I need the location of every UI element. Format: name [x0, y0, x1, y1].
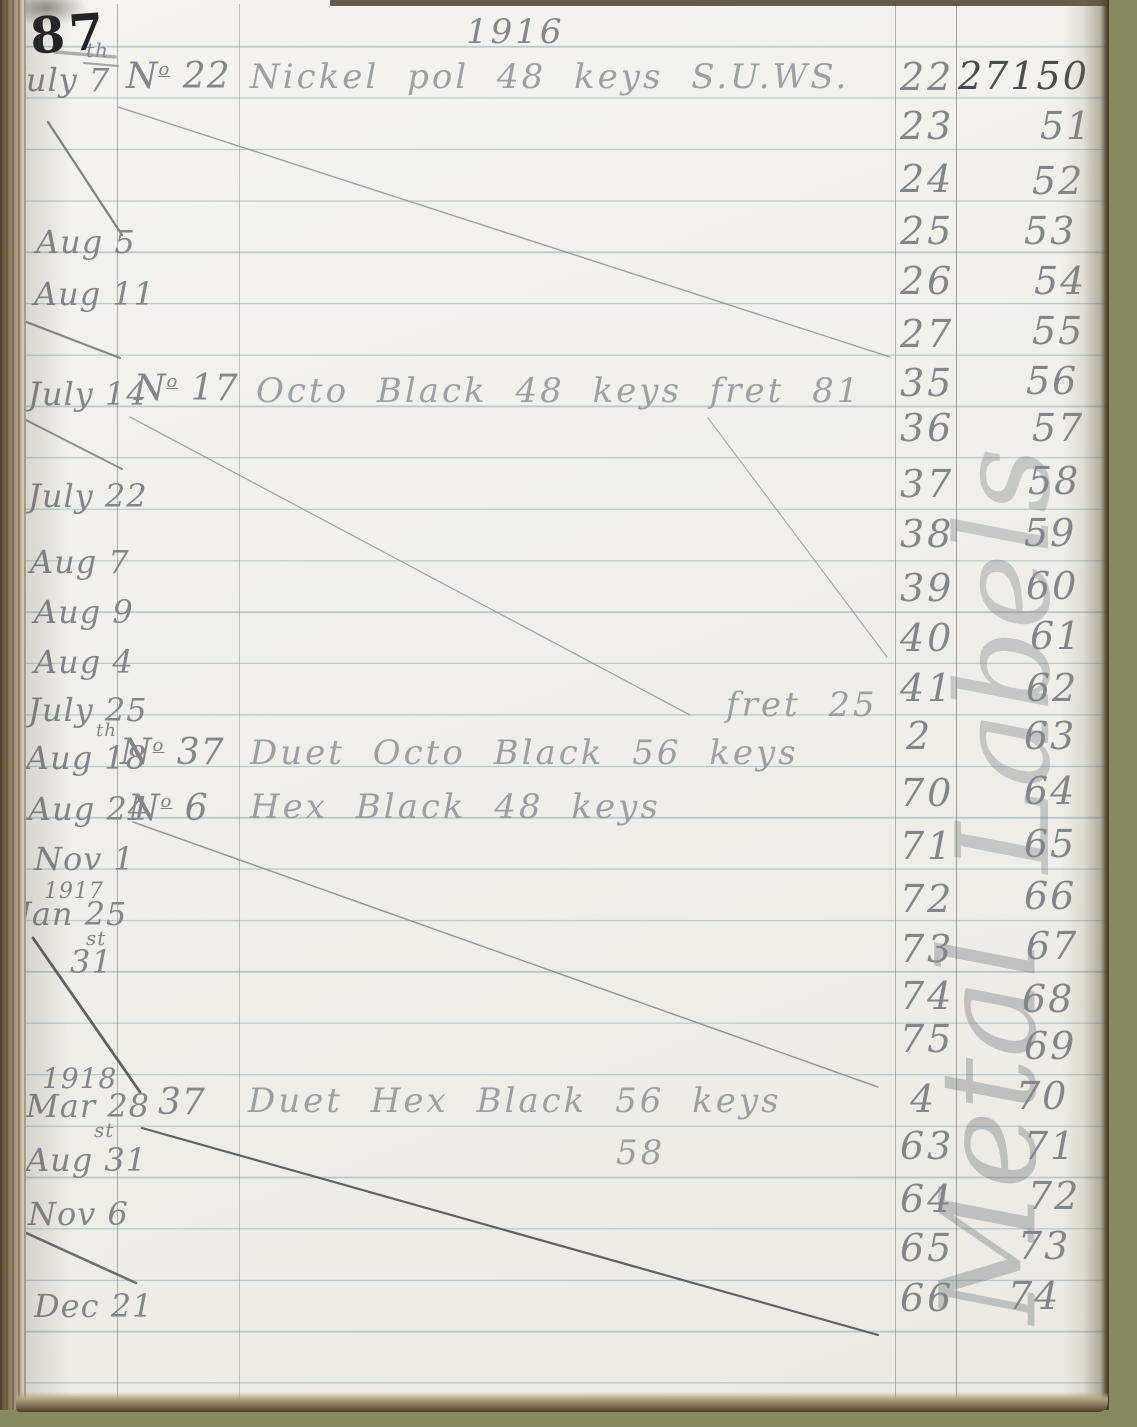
ledger-page: Labels Metal 87 1916 July 7thAug 5Aug 11…: [0, 0, 1109, 1410]
ledger-photo: { "colors": { "paper": "#f1efe9", "rule_…: [0, 0, 1137, 1427]
serial-number: 38: [900, 515, 954, 555]
date-entry-text: th: [96, 720, 117, 741]
serial-number-text: 75: [900, 1017, 954, 1061]
serial-number: 65: [900, 1229, 954, 1269]
model-number: No 22: [126, 58, 231, 96]
serial-number-text: 66: [900, 1276, 954, 1320]
ledger-value-text: 74: [1008, 1274, 1060, 1318]
description-text: Duet Octo Black 56 keys: [250, 733, 799, 773]
serial-number: 24: [900, 160, 954, 200]
description-text: Duet Hex Black 56 keys: [248, 1081, 782, 1121]
page-bottom-edge: [16, 1392, 1108, 1412]
serial-number-text: 2: [906, 714, 933, 758]
date-entry: 31: [70, 946, 113, 980]
serial-number-text: 4: [910, 1077, 937, 1121]
description: fret 25: [726, 688, 878, 724]
ledger-value-text: 70: [1016, 1074, 1068, 1118]
serial-number: 40: [900, 619, 954, 659]
serial-number: 35: [900, 364, 954, 404]
description-text: 58: [616, 1133, 665, 1173]
serial-number: 27: [900, 315, 954, 355]
model-number-text: N: [126, 56, 159, 97]
serial-number: 23: [900, 107, 954, 147]
serial-number: 39: [900, 569, 954, 609]
serial-number-text: 70: [900, 771, 954, 815]
serial-number: 73: [900, 930, 954, 970]
serial-number-text: 72: [900, 877, 954, 921]
serial-number-text: 27: [900, 312, 954, 356]
serial-number: 74: [900, 977, 954, 1017]
superscript: o: [153, 735, 165, 756]
serial-number-text: 74: [900, 974, 954, 1018]
serial-number-text: 63: [900, 1124, 954, 1168]
description-text: fret 25: [726, 685, 878, 725]
serial-number: 25: [900, 212, 954, 252]
serial-number-text: 38: [900, 512, 954, 556]
serial-number-text: 35: [900, 361, 954, 405]
serial-number-text: 36: [900, 406, 954, 450]
description: Octo Black 48 keys fret 81: [256, 374, 861, 410]
serial-number-text: 40: [900, 616, 954, 660]
model-number: No 17: [134, 370, 239, 408]
serial-number-text: 24: [900, 157, 954, 201]
date-entry-text: st: [94, 1118, 114, 1142]
superscript: o: [161, 791, 173, 812]
book-top-edge: [330, 0, 1109, 6]
serial-number-text: 23: [900, 104, 954, 148]
model-number-text: 17: [178, 368, 238, 409]
ledger-value: 74: [1008, 1277, 1060, 1317]
description-text: Nickel pol 48 keys S.U.WS.: [250, 57, 849, 97]
serial-number: 37: [900, 465, 954, 505]
model-number-text: N: [134, 368, 167, 409]
ledger-value: 70: [1016, 1077, 1068, 1117]
serial-number: 64: [900, 1180, 954, 1220]
page-right-edge: [1062, 0, 1109, 1410]
model-number-text: 37: [158, 1082, 206, 1123]
serial-number: 72: [900, 880, 954, 920]
serial-number-text: 64: [900, 1177, 954, 1221]
serial-number: 26: [900, 262, 954, 302]
description-text: Hex Black 48 keys: [250, 787, 661, 827]
serial-number: 63: [900, 1127, 954, 1167]
serial-number-text: 39: [900, 566, 954, 610]
model-number-text: N: [120, 732, 153, 773]
serial-number: 4: [910, 1080, 937, 1120]
model-number: No 6: [128, 790, 209, 828]
date-entry: th: [86, 40, 109, 61]
serial-number-text: 65: [900, 1226, 954, 1270]
serial-number: 75: [900, 1020, 954, 1060]
serial-number: 66: [900, 1279, 954, 1319]
serial-number: 36: [900, 409, 954, 449]
serial-number: 71: [900, 827, 954, 867]
description: Hex Black 48 keys: [250, 790, 661, 826]
date-entry-text: 31: [70, 943, 113, 981]
serial-number: 70: [900, 774, 954, 814]
superscript: o: [159, 59, 171, 80]
serial-number-text: 37: [900, 462, 954, 506]
serial-column-rule-right: [956, 4, 957, 1404]
serial-number: 41: [900, 669, 954, 709]
model-number-text: N: [128, 788, 161, 829]
description: Duet Octo Black 56 keys: [250, 736, 799, 772]
serial-number-text: 25: [900, 209, 954, 253]
book-spine-pages: [0, 0, 26, 1410]
description: Nickel pol 48 keys S.U.WS.: [250, 60, 849, 96]
date-entry: st: [94, 1120, 114, 1141]
serial-column-rule-left: [895, 4, 896, 1404]
description: Duet Hex Black 56 keys: [248, 1084, 782, 1120]
spine-shadow: [26, 0, 70, 1410]
model-number-text: 22: [170, 56, 230, 97]
serial-number-text: 71: [900, 824, 954, 868]
model-number: No 37: [120, 734, 225, 772]
description-text: Octo Black 48 keys fret 81: [256, 371, 861, 411]
serial-number-text: 26: [900, 259, 954, 303]
description: 58: [616, 1136, 665, 1172]
date-entry-text: th: [86, 38, 109, 62]
model-number-text: 6: [172, 788, 208, 829]
margin-rule-second: [239, 4, 240, 1404]
superscript: o: [167, 371, 179, 392]
serial-number-text: 22: [900, 55, 954, 99]
model-number: 37: [158, 1084, 206, 1122]
serial-number: 22: [900, 58, 954, 98]
serial-number-text: 41: [900, 666, 954, 710]
serial-number: 2: [906, 717, 933, 757]
model-number-text: 37: [164, 732, 224, 773]
year-heading: 1916: [466, 12, 565, 52]
serial-number-text: 73: [900, 927, 954, 971]
date-entry: th: [96, 722, 117, 741]
